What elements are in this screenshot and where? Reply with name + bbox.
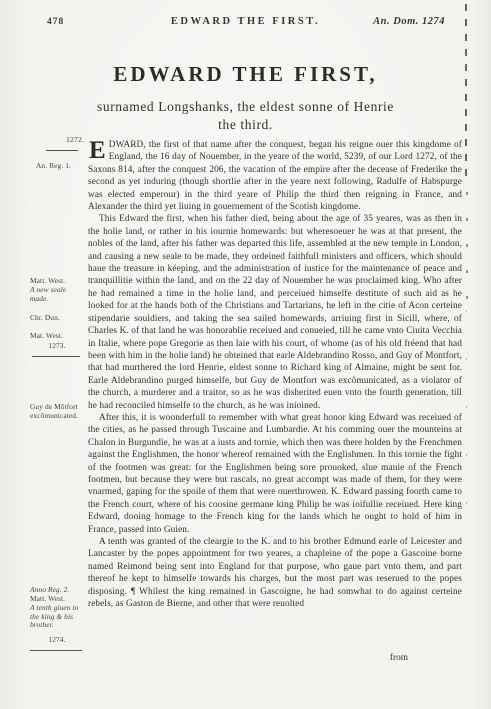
margin-rule — [30, 650, 82, 651]
paragraph-text: After this, it is woonderfull to remembe… — [88, 413, 462, 535]
catchword: from — [88, 653, 408, 663]
chapter-subtitle-line2: the third. — [0, 116, 491, 134]
paragraph-text: A tenth was granted of the cleargie to t… — [88, 537, 462, 609]
paragraph: After this, it is woonderfull to remembe… — [88, 412, 462, 536]
chapter-subtitle: surnamed Longshanks, the eldest sonne of… — [0, 98, 491, 134]
paragraph-text: DWARD, the first of that name after the … — [88, 140, 462, 212]
paragraph-text: This Edward the first, when his father d… — [88, 214, 462, 410]
anno-domini: An. Dom. 1274 — [373, 16, 445, 27]
margin-note-tenth: A tenth giuen to the king & his brother. — [30, 604, 84, 630]
margin-note-montfort: Guy de Mõtfort excõmunicated. — [30, 403, 84, 420]
paragraph: A tenth was granted of the cleargie to t… — [88, 536, 462, 610]
page-edge-artifact — [465, 4, 467, 184]
paragraph: This Edward the first, when his father d… — [88, 213, 462, 412]
margin-note-year-1274: 1274. — [30, 636, 84, 645]
margin-note-chr-dun: Chr. Dun. — [30, 314, 84, 323]
book-page: 478 EDWARD THE FIRST. An. Dom. 1274 EDWA… — [0, 0, 491, 709]
page-edge-artifact — [466, 310, 467, 530]
chapter-title: EDWARD THE FIRST, — [0, 62, 491, 87]
paragraph: EDWARD, the first of that name after the… — [88, 139, 462, 213]
page-edge-artifact — [466, 192, 468, 302]
margin-note-new-seale: A new seale made. — [30, 286, 84, 303]
drop-cap: E — [88, 139, 109, 162]
margin-rule — [32, 356, 80, 357]
margin-rule — [46, 150, 78, 151]
chapter-subtitle-line1: surnamed Longshanks, the eldest sonne of… — [0, 98, 491, 116]
margin-note-year-1272: 1272. — [30, 136, 90, 145]
margin-note-an-reg-1: An. Reg. 1. — [36, 162, 90, 171]
body-text: EDWARD, the first of that name after the… — [88, 139, 462, 610]
margin-note-mat-west: Mat. West. — [30, 332, 84, 341]
margin-note-year-1273: 1273. — [30, 342, 84, 351]
